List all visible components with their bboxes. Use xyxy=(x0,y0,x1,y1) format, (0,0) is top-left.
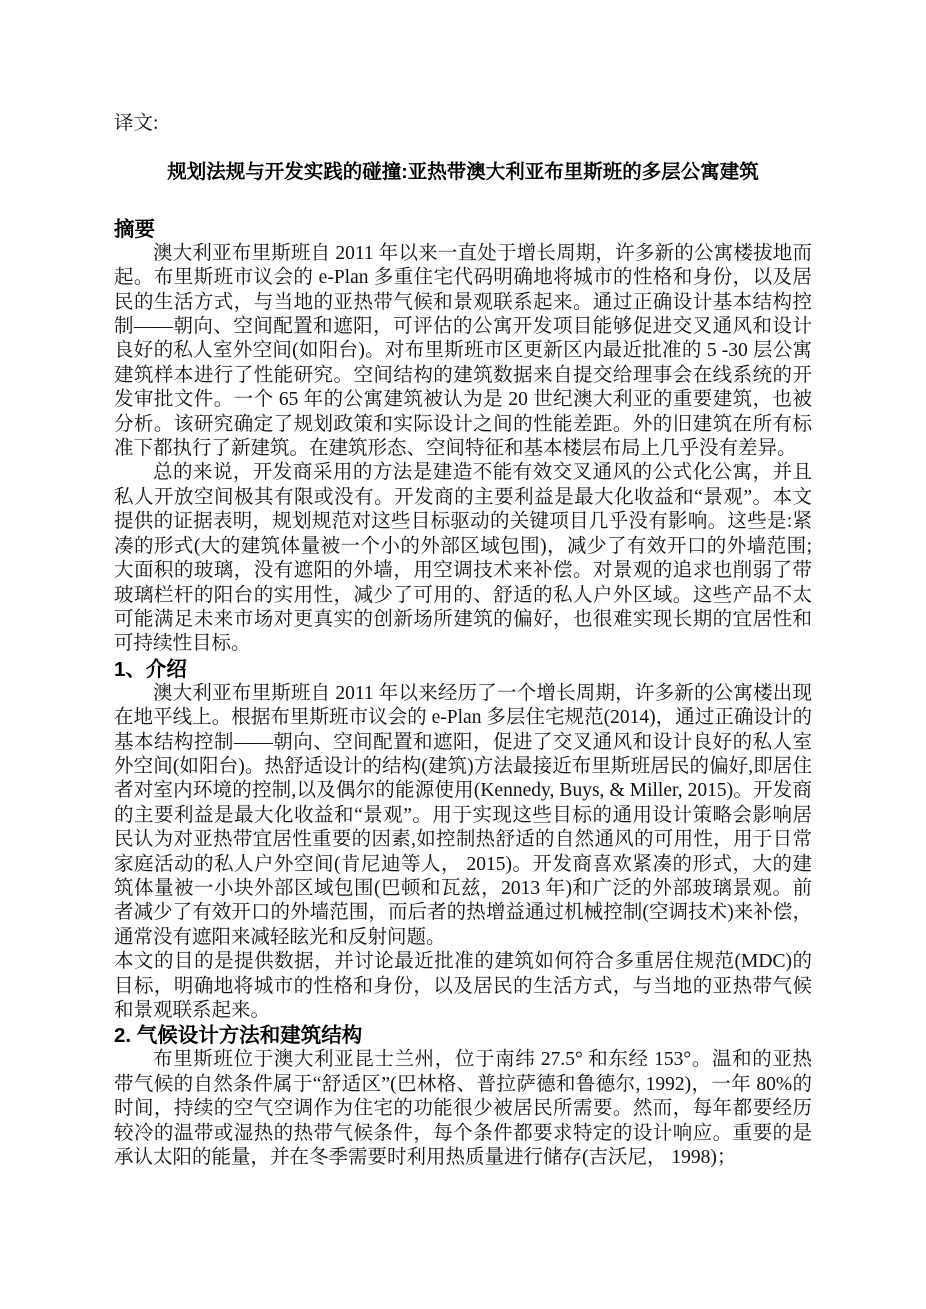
document-page: 译文: 规划法规与开发实践的碰撞:亚热带澳大利亚布里斯班的多层公寓建筑 摘要 澳… xyxy=(0,0,926,1309)
translation-label: 译文: xyxy=(114,112,812,136)
paragraph-introduction: 澳大利亚布里斯班自 2011 年以来经历了一个增长周期，许多新的公寓楼出现在地平… xyxy=(114,682,812,950)
paragraph-abstract-1: 澳大利亚布里斯班自 2011 年以来一直处于增长周期，许多新的公寓楼拔地而起。布… xyxy=(114,242,812,462)
heading-climate-design: 2. 气候设计方法和建筑结构 xyxy=(114,1023,812,1048)
paragraph-climate: 布里斯班位于澳大利亚昆士兰州，位于南纬 27.5° 和东经 153°。温和的亚热… xyxy=(114,1048,812,1170)
heading-abstract: 摘要 xyxy=(114,217,812,242)
heading-introduction: 1、介绍 xyxy=(114,657,812,682)
paragraph-purpose: 本文的目的是提供数据，并讨论最近批准的建筑如何符合多重居住规范(MDC)的目标，… xyxy=(114,950,812,1023)
paragraph-abstract-2: 总的来说，开发商采用的方法是建造不能有效交叉通风的公式化公寓，并且私人开放空间极… xyxy=(114,461,812,656)
document-title: 规划法规与开发实践的碰撞:亚热带澳大利亚布里斯班的多层公寓建筑 xyxy=(114,160,812,184)
